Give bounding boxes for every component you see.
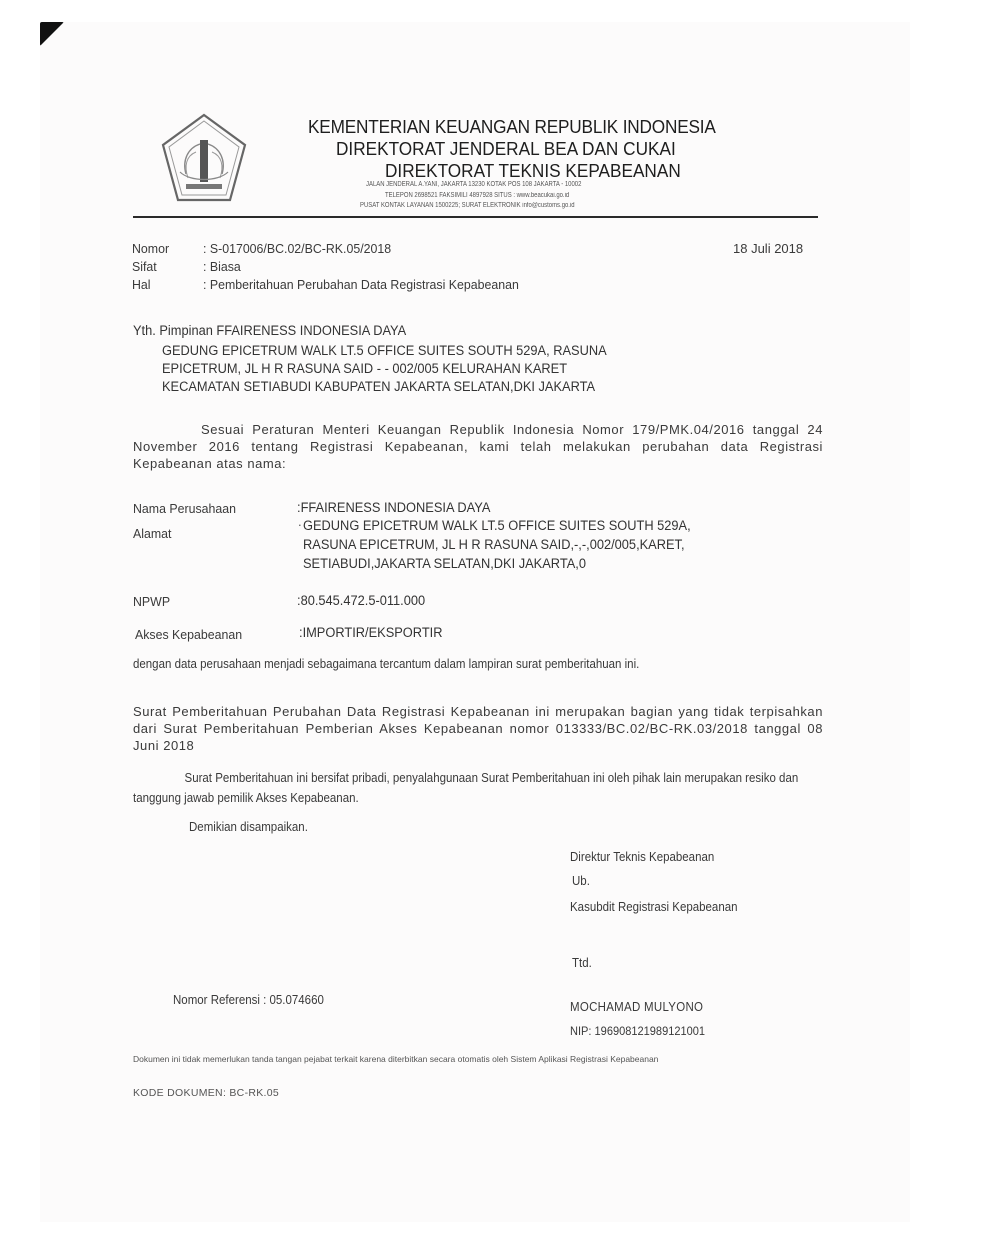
signatory-nip: NIP: 196908121989121001 xyxy=(570,1024,705,1038)
part-of-paragraph: Surat Pemberitahuan Perubahan Data Regis… xyxy=(133,703,823,754)
company-address-line: GEDUNG EPICETRUM WALK LT.5 OFFICE SUITES… xyxy=(303,516,691,535)
address-colon: . xyxy=(298,514,302,529)
signatory-ub: Ub. xyxy=(572,874,590,888)
company-name-value: :FFAIRENESS INDONESIA DAYA xyxy=(297,500,490,515)
recipient-salutation: Yth. Pimpinan FFAIRENESS INDONESIA DAYA xyxy=(133,323,406,338)
letterhead-phone: TELEPON 2698521 FAKSIMILI 4897928 SITUS … xyxy=(385,192,569,199)
address-label: Alamat xyxy=(133,526,171,541)
signed-mark: Ttd. xyxy=(572,956,592,970)
signatory-title: Direktur Teknis Kepabeanan xyxy=(570,850,714,864)
intro-paragraph: Sesuai Peraturan Menteri Keuangan Republ… xyxy=(133,421,823,472)
ministry-name: KEMENTERIAN KEUANGAN REPUBLIK INDONESIA xyxy=(308,116,716,138)
after-fields-paragraph: dengan data perusahaan menjadi sebagaima… xyxy=(133,655,648,673)
letter-date: 18 Juli 2018 xyxy=(733,241,803,256)
ministry-emblem-icon xyxy=(160,112,248,204)
customs-access-label: Akses Kepabeanan xyxy=(135,627,242,642)
hal-label: Hal xyxy=(132,277,151,292)
company-address-line: SETIABUDI,JAKARTA SELATAN,DKI JAKARTA,0 xyxy=(303,554,691,573)
directorate-name: DIREKTORAT TEKNIS KEPABEANAN xyxy=(385,160,681,182)
recipient-address-line: EPICETRUM, JL H R RASUNA SAID - - 002/00… xyxy=(162,361,567,376)
company-address-line: RASUNA EPICETRUM, JL H R RASUNA SAID,-,-… xyxy=(303,535,691,554)
nomor-value: : S-017006/BC.02/BC-RK.05/2018 xyxy=(203,241,391,256)
hal-value: : Pemberitahuan Perubahan Data Registras… xyxy=(203,277,519,292)
letterhead-divider xyxy=(133,216,818,218)
footer-note: Dokumen ini tidak memerlukan tanda tanga… xyxy=(133,1054,823,1065)
private-notice-paragraph: Surat Pemberitahuan ini bersifat pribadi… xyxy=(133,768,832,808)
recipient-address-line: GEDUNG EPICETRUM WALK LT.5 OFFICE SUITES… xyxy=(162,343,607,358)
company-name-label: Nama Perusahaan xyxy=(133,501,236,516)
signatory-position: Kasubdit Registrasi Kepabeanan xyxy=(570,900,738,914)
letterhead-address: JALAN JENDERAL A.YANI, JAKARTA 13230 KOT… xyxy=(366,181,581,188)
sifat-value: : Biasa xyxy=(203,259,241,274)
npwp-value: :80.545.472.5-011.000 xyxy=(297,593,425,608)
document-code: KODE DOKUMEN: BC-RK.05 xyxy=(133,1087,279,1099)
closing-text: Demikian disampaikan. xyxy=(189,820,308,834)
company-address: GEDUNG EPICETRUM WALK LT.5 OFFICE SUITES… xyxy=(303,516,691,573)
signatory-name: MOCHAMAD MULYONO xyxy=(570,1000,703,1014)
recipient-address-line: KECAMATAN SETIABUDI KABUPATEN JAKARTA SE… xyxy=(162,379,595,394)
customs-access-value: :IMPORTIR/EKSPORTIR xyxy=(299,625,442,640)
sifat-label: Sifat xyxy=(132,259,157,274)
npwp-label: NPWP xyxy=(133,594,170,609)
nomor-label: Nomor xyxy=(132,241,169,256)
letterhead-contact: PUSAT KONTAK LAYANAN 1500225; SURAT ELEK… xyxy=(360,202,575,209)
reference-number: Nomor Referensi : 05.074660 xyxy=(173,993,324,1007)
directorate-general-name: DIREKTORAT JENDERAL BEA DAN CUKAI xyxy=(336,138,676,160)
